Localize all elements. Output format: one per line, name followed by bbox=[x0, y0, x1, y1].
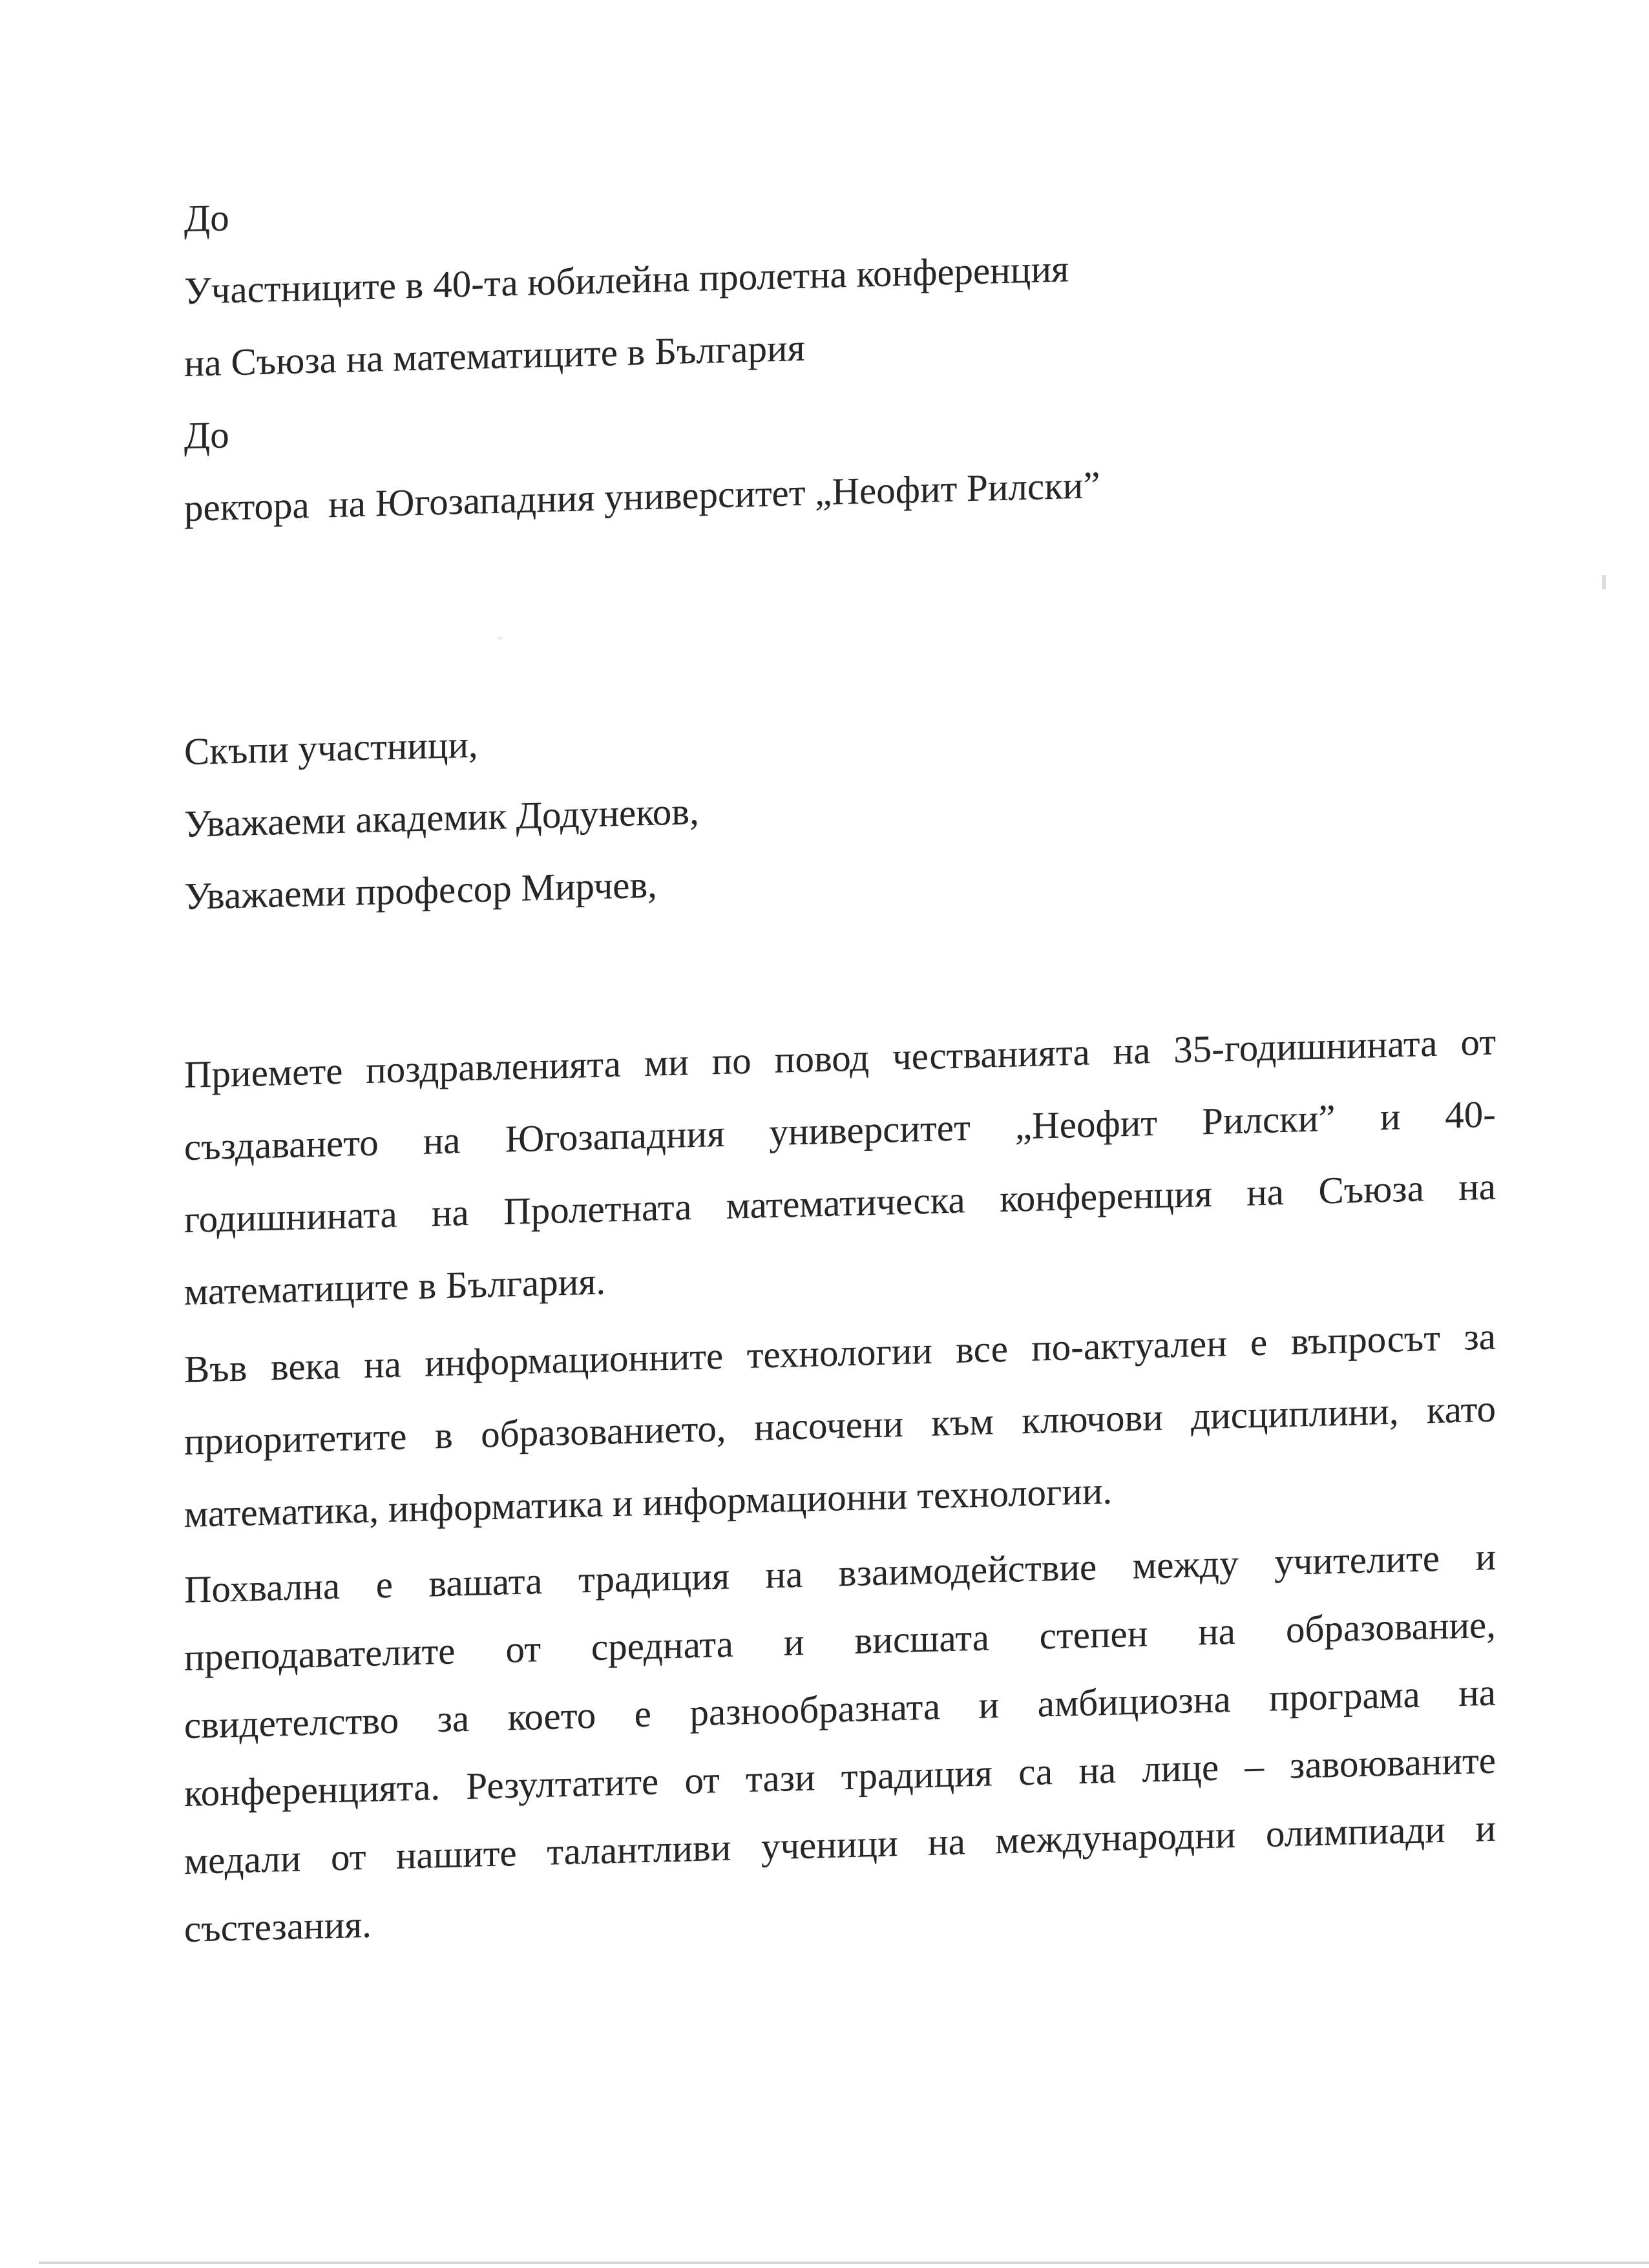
address-block: До Участниците в 40-та юбилейна пролетна… bbox=[184, 149, 1496, 544]
scan-artifact bbox=[498, 636, 503, 640]
paragraph-1: Приемете поздравленията ми по повод чест… bbox=[184, 1005, 1496, 1328]
scan-edge-line bbox=[39, 2262, 1649, 2264]
paragraph-2: Във века на информационните технологии в… bbox=[184, 1300, 1496, 1550]
paragraph-3: Похвална е вашата традиция на взаимодейс… bbox=[184, 1523, 1496, 1963]
scanned-letter-page: До Участниците в 40-та юбилейна пролетна… bbox=[0, 0, 1649, 2268]
letter-content: До Участниците в 40-та юбилейна пролетна… bbox=[184, 142, 1496, 1963]
salutation-block: Скъпи участници, Уважаеми академик Додун… bbox=[184, 682, 1496, 932]
scan-artifact bbox=[1602, 575, 1606, 589]
